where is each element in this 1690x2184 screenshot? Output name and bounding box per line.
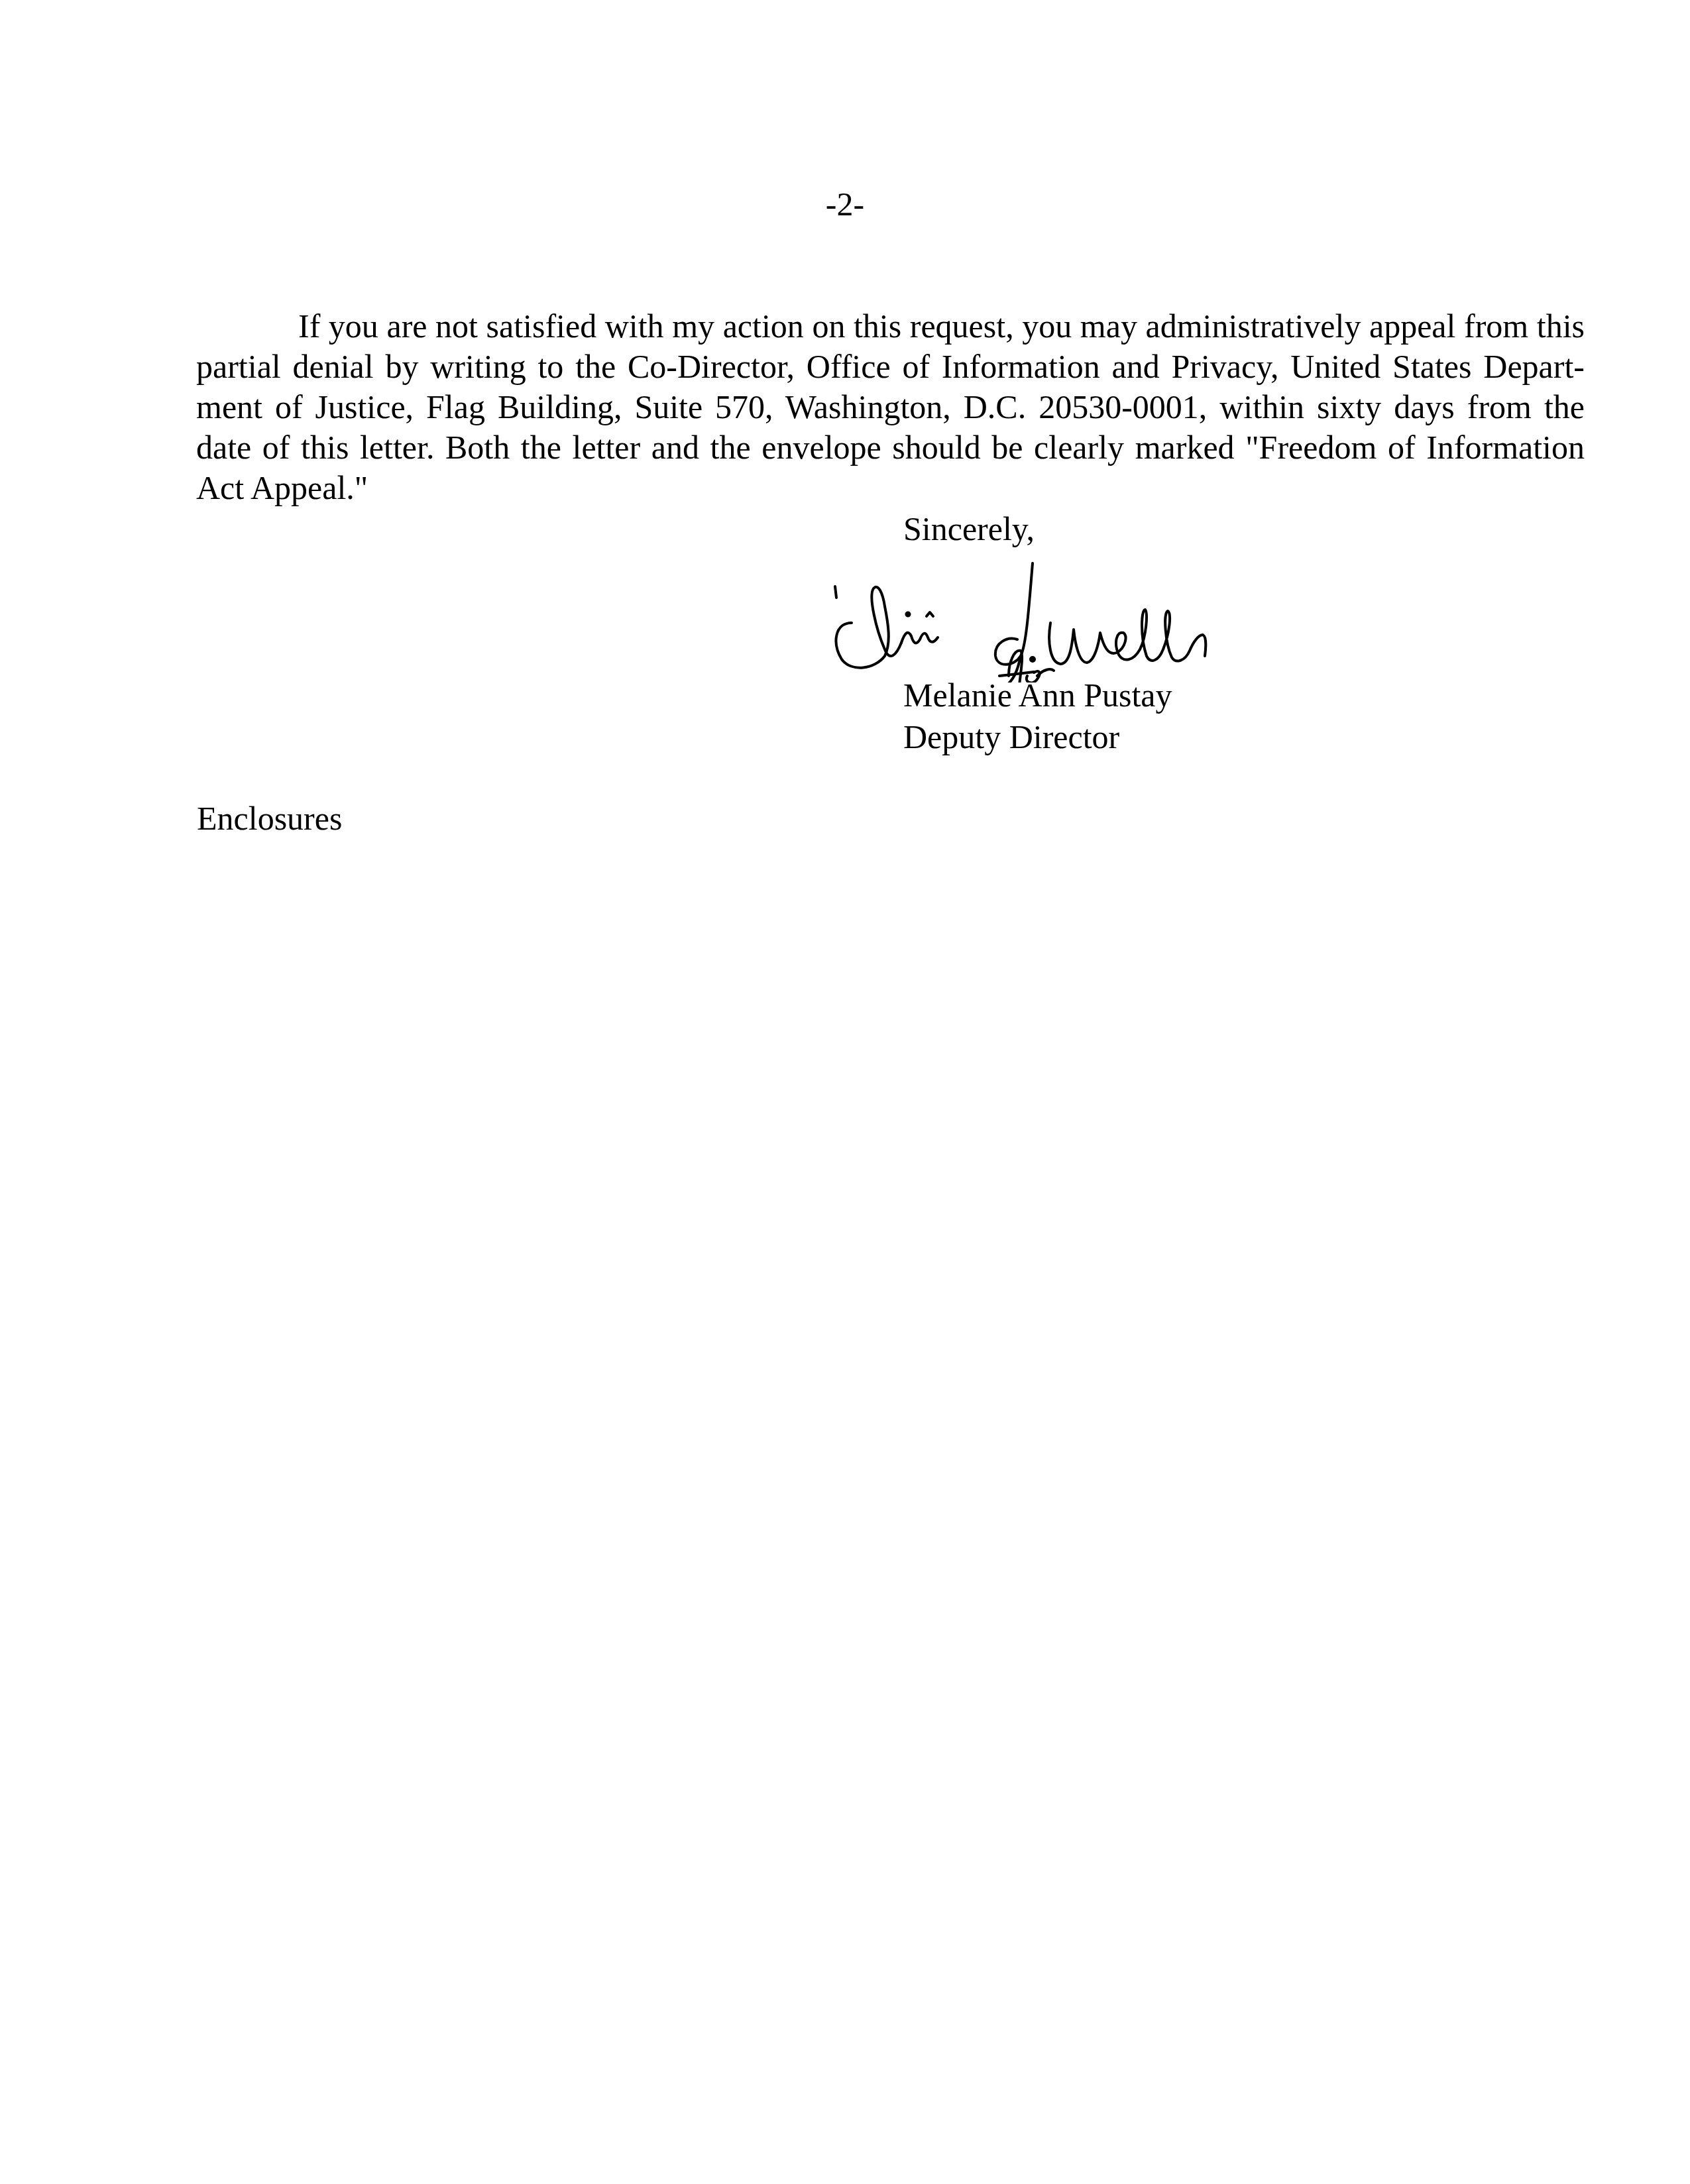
signer-title: Deputy Director [903,717,1119,757]
closing-salutation: Sincerely, [903,509,1035,549]
enclosures-label: Enclosures [197,798,342,838]
handwritten-signature [822,550,1325,682]
paragraph-line: If you are not satisfied with my action … [196,306,1585,347]
paragraph-line: date of this letter. Both the letter and… [196,427,1585,468]
appeal-paragraph: If you are not satisfied with my action … [196,306,1585,508]
page-number: -2- [0,184,1690,224]
paragraph-line: Act Appeal." [196,468,1585,508]
signer-name: Melanie Ann Pustay [903,675,1172,715]
paragraph-line: ment of Justice, Flag Building, Suite 57… [196,387,1585,427]
paragraph-line: partial denial by writing to the Co-Dire… [196,347,1585,387]
